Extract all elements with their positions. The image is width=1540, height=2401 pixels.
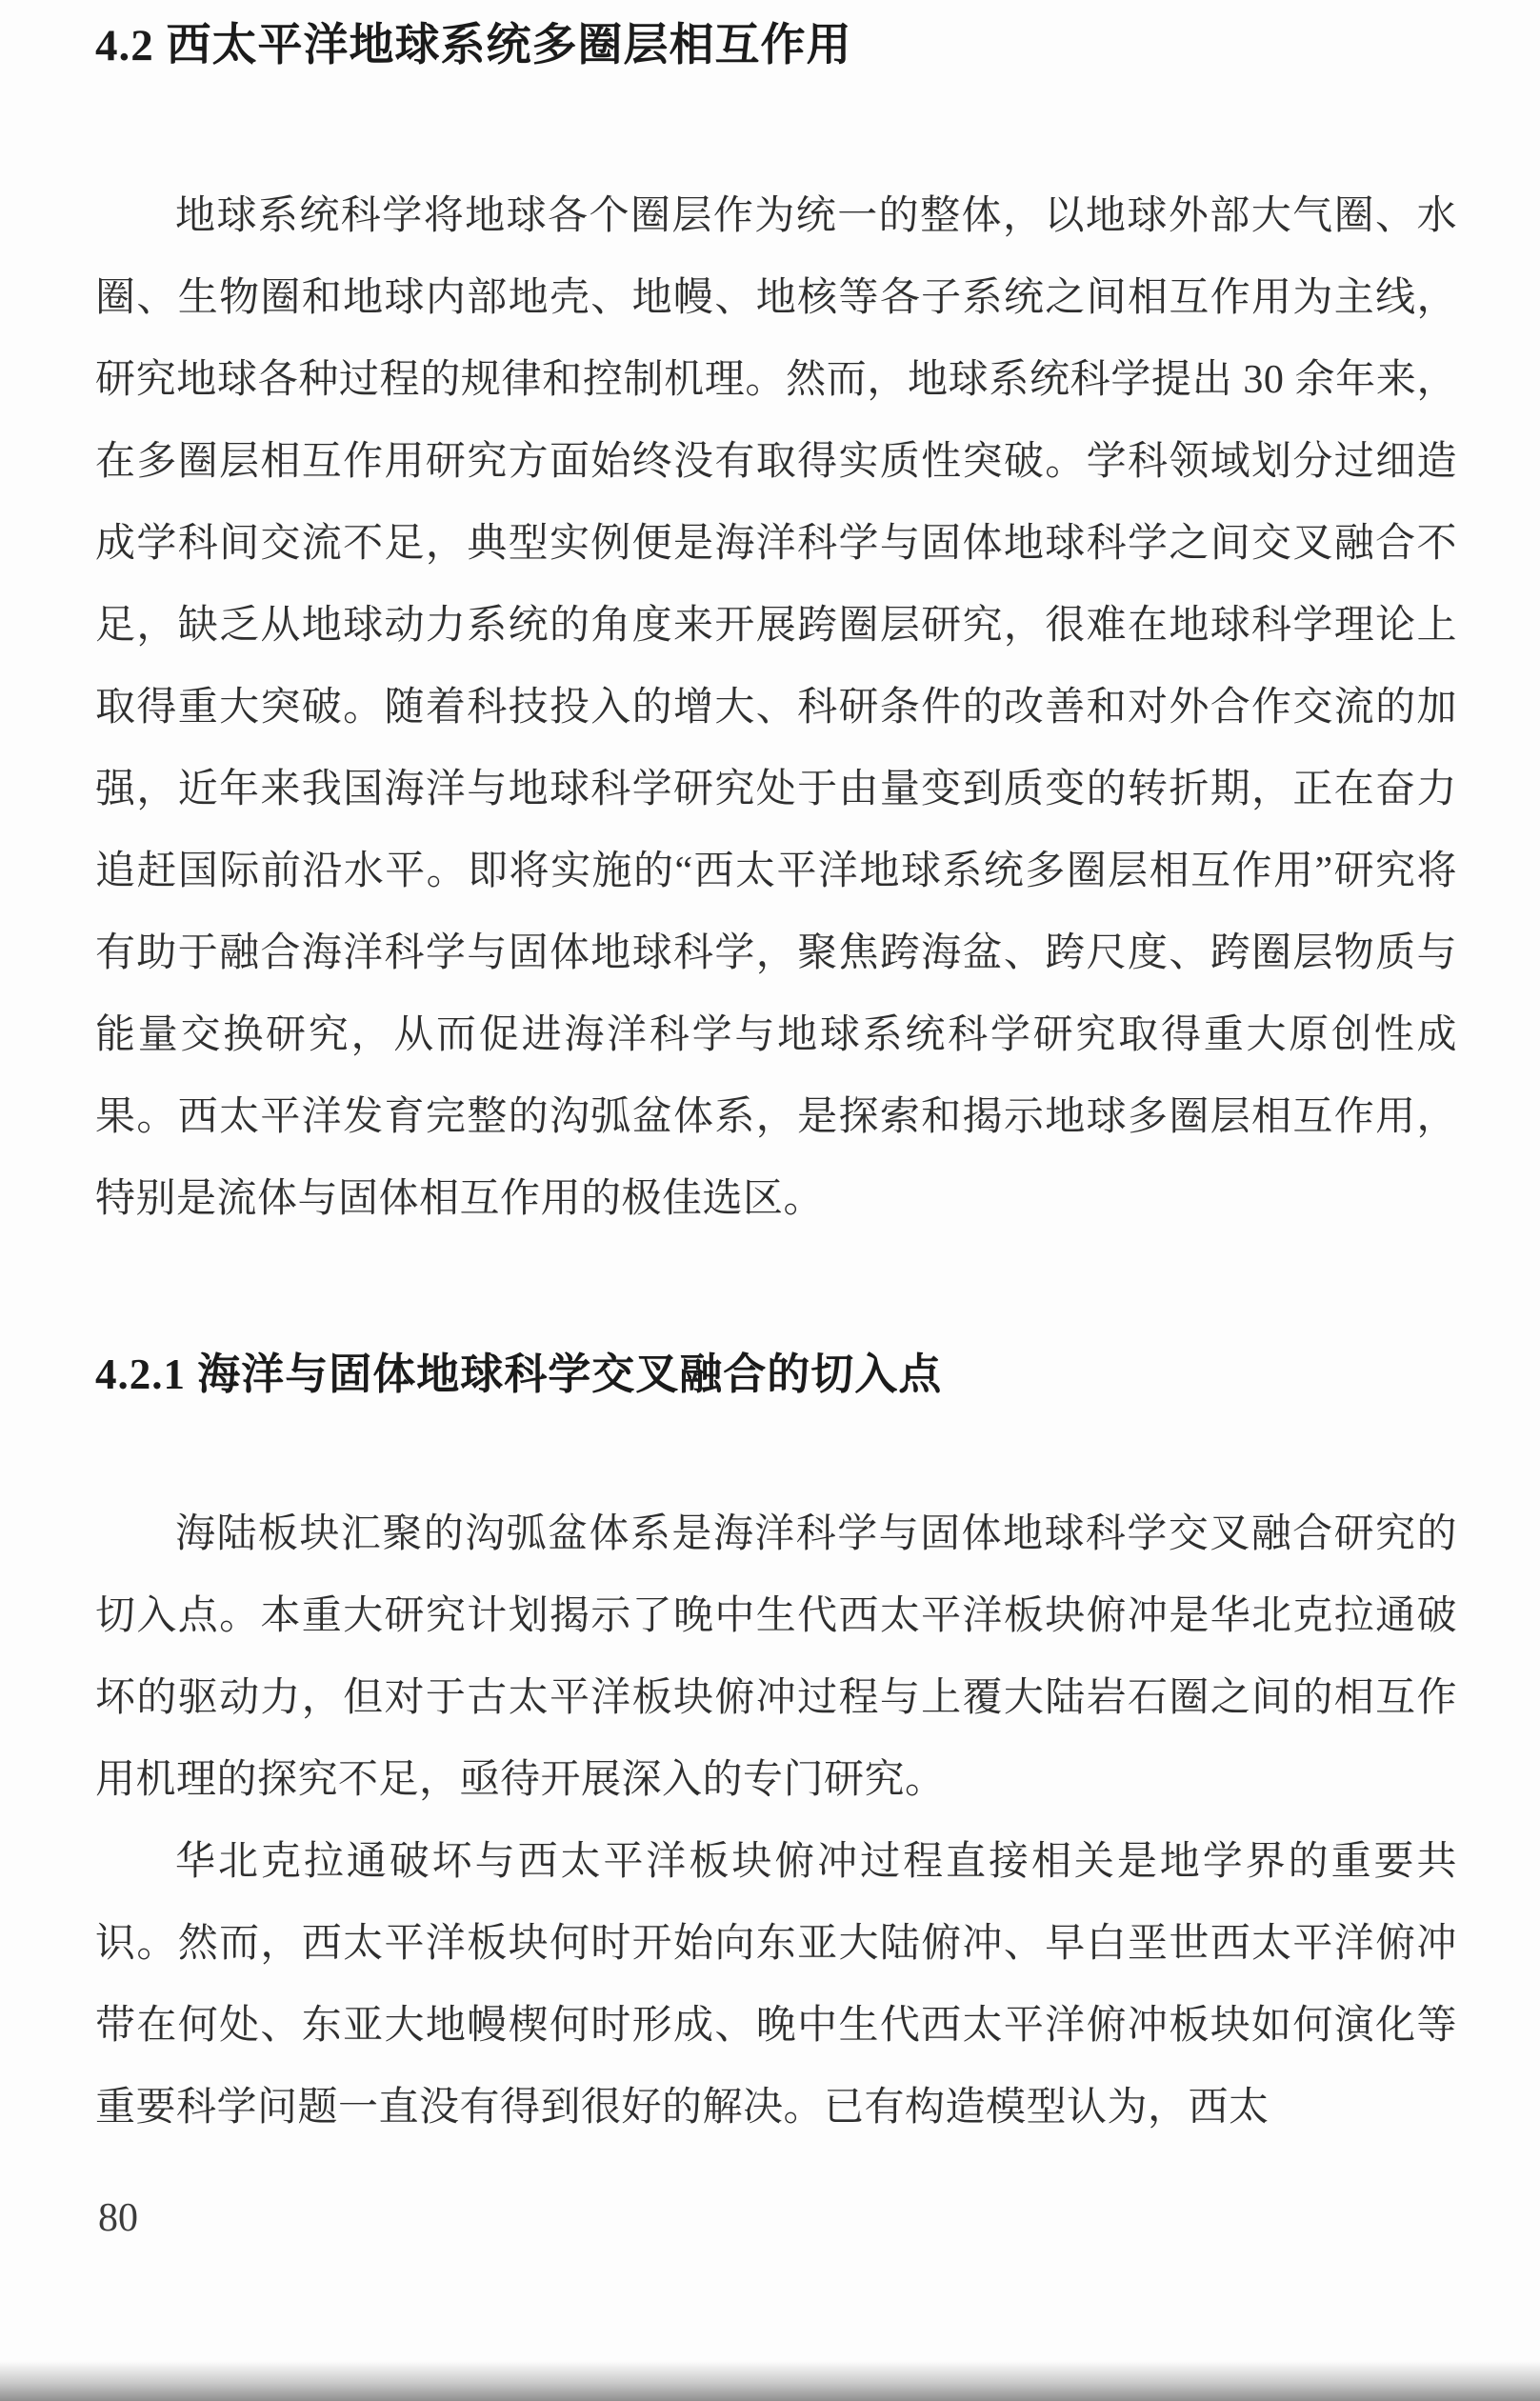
page-content: 4.2 西太平洋地球系统多圈层相互作用 地球系统科学将地球各个圈层作为统一的整体… bbox=[0, 17, 1540, 2149]
subsection-paragraph-1: 海陆板块汇聚的沟弧盆体系是海洋科学与固体地球科学交叉融合研究的切入点。本重大研究… bbox=[95, 1493, 1457, 1821]
subsection-heading: 4.2.1 海洋与固体地球科学交叉融合的切入点 bbox=[95, 1347, 1457, 1403]
subsection-paragraph-2: 华北克拉通破坏与西太平洋板块俯冲过程直接相关是地学界的重要共识。然而，西太平洋板… bbox=[95, 1821, 1457, 2149]
document-page: 4.2 西太平洋地球系统多圈层相互作用 地球系统科学将地球各个圈层作为统一的整体… bbox=[0, 0, 1540, 2401]
section-paragraph: 地球系统科学将地球各个圈层作为统一的整体，以地球外部大气圈、水圈、生物圈和地球内… bbox=[95, 175, 1457, 1240]
bottom-edge-shadow bbox=[0, 2361, 1540, 2401]
section-heading: 4.2 西太平洋地球系统多圈层相互作用 bbox=[95, 17, 1457, 75]
page-number: 80 bbox=[98, 2195, 138, 2241]
